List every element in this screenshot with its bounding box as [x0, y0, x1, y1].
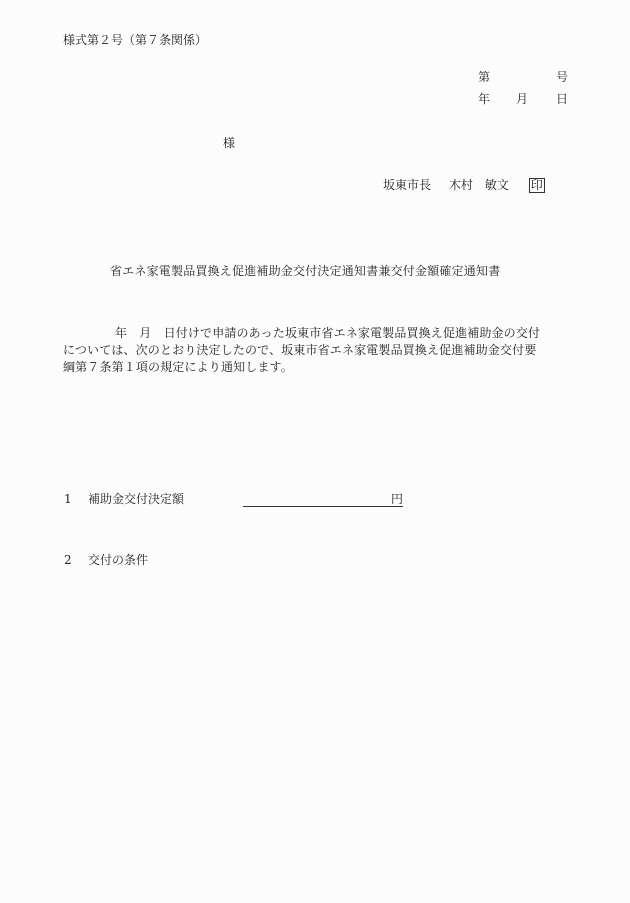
item-number: 2 [64, 553, 88, 567]
issuer-name: 木村 敏文 [449, 178, 509, 192]
grant-amount-field: 円 [243, 492, 403, 507]
document-number-prefix: 第 [478, 70, 490, 84]
date-month-label: 月 [516, 92, 528, 106]
document-number-suffix: 号 [556, 70, 568, 84]
body-line-1: 年 月 日付けで申請のあった坂東市省エネ家電製品買換え促進補助金の交付 [63, 325, 568, 342]
item-label: 補助金交付決定額 [88, 492, 184, 506]
body-line-2: については、次のとおり決定したので、坂東市省エネ家電製品買換え促進補助金交付要 [63, 342, 568, 359]
date-year-label: 年 [478, 92, 490, 106]
date-day-label: 日 [556, 92, 568, 106]
currency-unit: 円 [391, 492, 403, 506]
form-label: 様式第２号（第７条関係） [63, 33, 207, 47]
body-paragraph: 年 月 日付けで申請のあった坂東市省エネ家電製品買換え促進補助金の交付 について… [63, 325, 568, 376]
item-label: 交付の条件 [88, 553, 148, 567]
issuer: 坂東市長 木村 敏文 印 [383, 178, 545, 193]
issuer-title: 坂東市長 [383, 178, 431, 192]
seal-mark: 印 [529, 178, 545, 193]
document-date: 年 月 日 [478, 92, 568, 106]
body-line-1-text: 年 月 日付けで申請のあった坂東市省エネ家電製品買換え促進補助金の交付 [115, 326, 540, 340]
item-number: 1 [64, 492, 88, 506]
body-line-3: 綱第７条第１項の規定により通知します。 [63, 359, 568, 376]
item-conditions: 2交付の条件 [64, 553, 148, 567]
item-grant-amount: 1補助金交付決定額 [64, 492, 184, 506]
document-title: 省エネ家電製品買換え促進補助金交付決定通知書兼交付金額確定通知書 [110, 264, 500, 278]
addressee-honorific: 様 [223, 136, 235, 150]
